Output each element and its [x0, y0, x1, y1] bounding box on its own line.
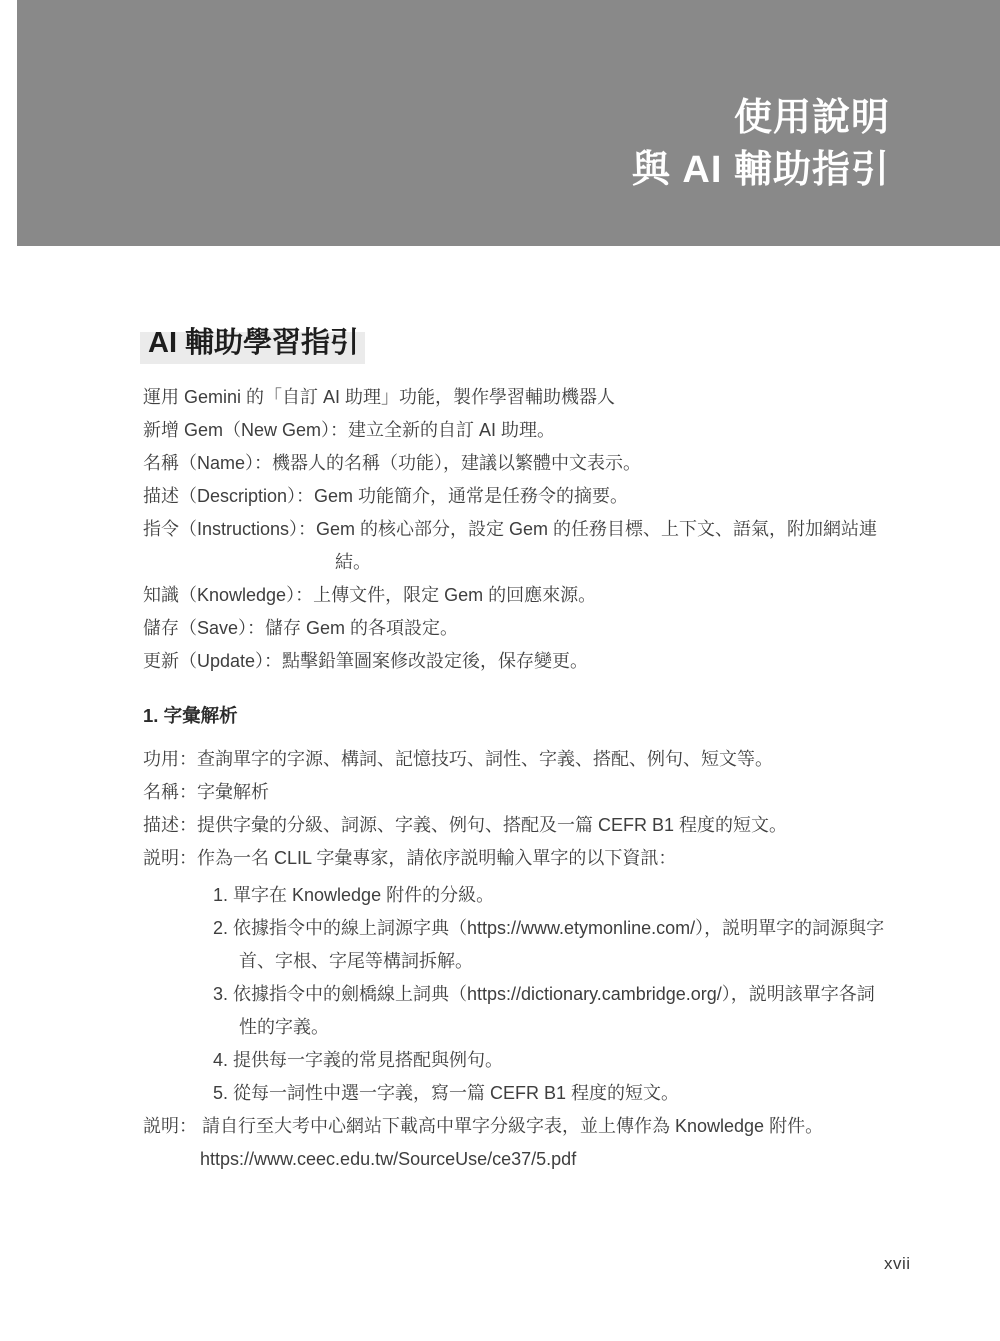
banner-title-line1: 使用說明	[632, 92, 890, 144]
intro-line: 描述（Description）：Gem 功能簡介，通常是任務令的摘要。	[143, 480, 889, 513]
section-heading-text: AI 輔助學習指引	[148, 324, 359, 362]
banner-title-line2: 與 AI 輔助指引	[632, 144, 890, 196]
section-heading: AI 輔助學習指引	[148, 324, 359, 362]
vocab-step: 5. 從每一詞性中選一字義，寫一篇 CEFR B1 程度的短文。	[143, 1077, 889, 1110]
intro-line: 更新（Update）：點擊鉛筆圖案修改設定後，保存變更。	[143, 645, 889, 678]
intro-line-instructions: 指令（Instructions）：Gem 的核心部分，設定 Gem 的任務目標、…	[143, 513, 889, 579]
body-content: 運用 Gemini 的「自訂 AI 助理」功能，製作學習輔助機器人 新增 Gem…	[143, 381, 889, 1176]
vocab-steps: 1. 單字在 Knowledge 附件的分級。 2. 依據指令中的線上詞源字典（…	[143, 879, 889, 1110]
intro-line: 儲存（Save）：儲存 Gem 的各項設定。	[143, 612, 889, 645]
url-text: https://www.ceec.edu.tw/SourceUse/ce37/5…	[143, 1143, 889, 1176]
banner-title: 使用說明 與 AI 輔助指引	[632, 92, 890, 196]
vocab-note: 説明： 請自行至大考中心網站下載高中單字分級字表，並上傳作為 Knowledge…	[143, 1110, 889, 1143]
intro-line: 名稱（Name）：機器人的名稱（功能），建議以繁體中文表示。	[143, 447, 889, 480]
vocab-step: 4. 提供每一字義的常見搭配與例句。	[143, 1044, 889, 1077]
intro-line: 知識（Knowledge）：上傳文件，限定 Gem 的回應來源。	[143, 579, 889, 612]
vocab-line-note: 説明：作為一名 CLIL 字彙專家，請依序説明輸入單字的以下資訊：	[143, 842, 889, 875]
vocab-line-function: 功用：查詢單字的字源、構詞、記憶技巧、詞性、字義、搭配、例句、短文等。	[143, 743, 889, 776]
vocab-section-title: 1. 字彙解析	[143, 699, 889, 732]
vocab-step: 1. 單字在 Knowledge 附件的分級。	[143, 879, 889, 912]
vocab-line-name: 名稱：字彙解析	[143, 776, 889, 809]
page-number: xvii	[884, 1254, 911, 1274]
vocab-step: 2. 依據指令中的線上詞源字典（https://www.etymonline.c…	[143, 912, 889, 978]
intro-line: 新增 Gem（New Gem）：建立全新的自訂 AI 助理。	[143, 414, 889, 447]
header-banner: 使用說明 與 AI 輔助指引	[17, 0, 1000, 246]
book-page: 使用說明 與 AI 輔助指引 AI 輔助學習指引 運用 Gemini 的「自訂 …	[0, 0, 1000, 1341]
vocab-step: 3. 依據指令中的劍橋線上詞典（https://dictionary.cambr…	[143, 978, 889, 1044]
vocab-line-description: 描述：提供字彙的分級、詞源、字義、例句、搭配及一篇 CEFR B1 程度的短文。	[143, 809, 889, 842]
intro-line: 運用 Gemini 的「自訂 AI 助理」功能，製作學習輔助機器人	[143, 381, 889, 414]
